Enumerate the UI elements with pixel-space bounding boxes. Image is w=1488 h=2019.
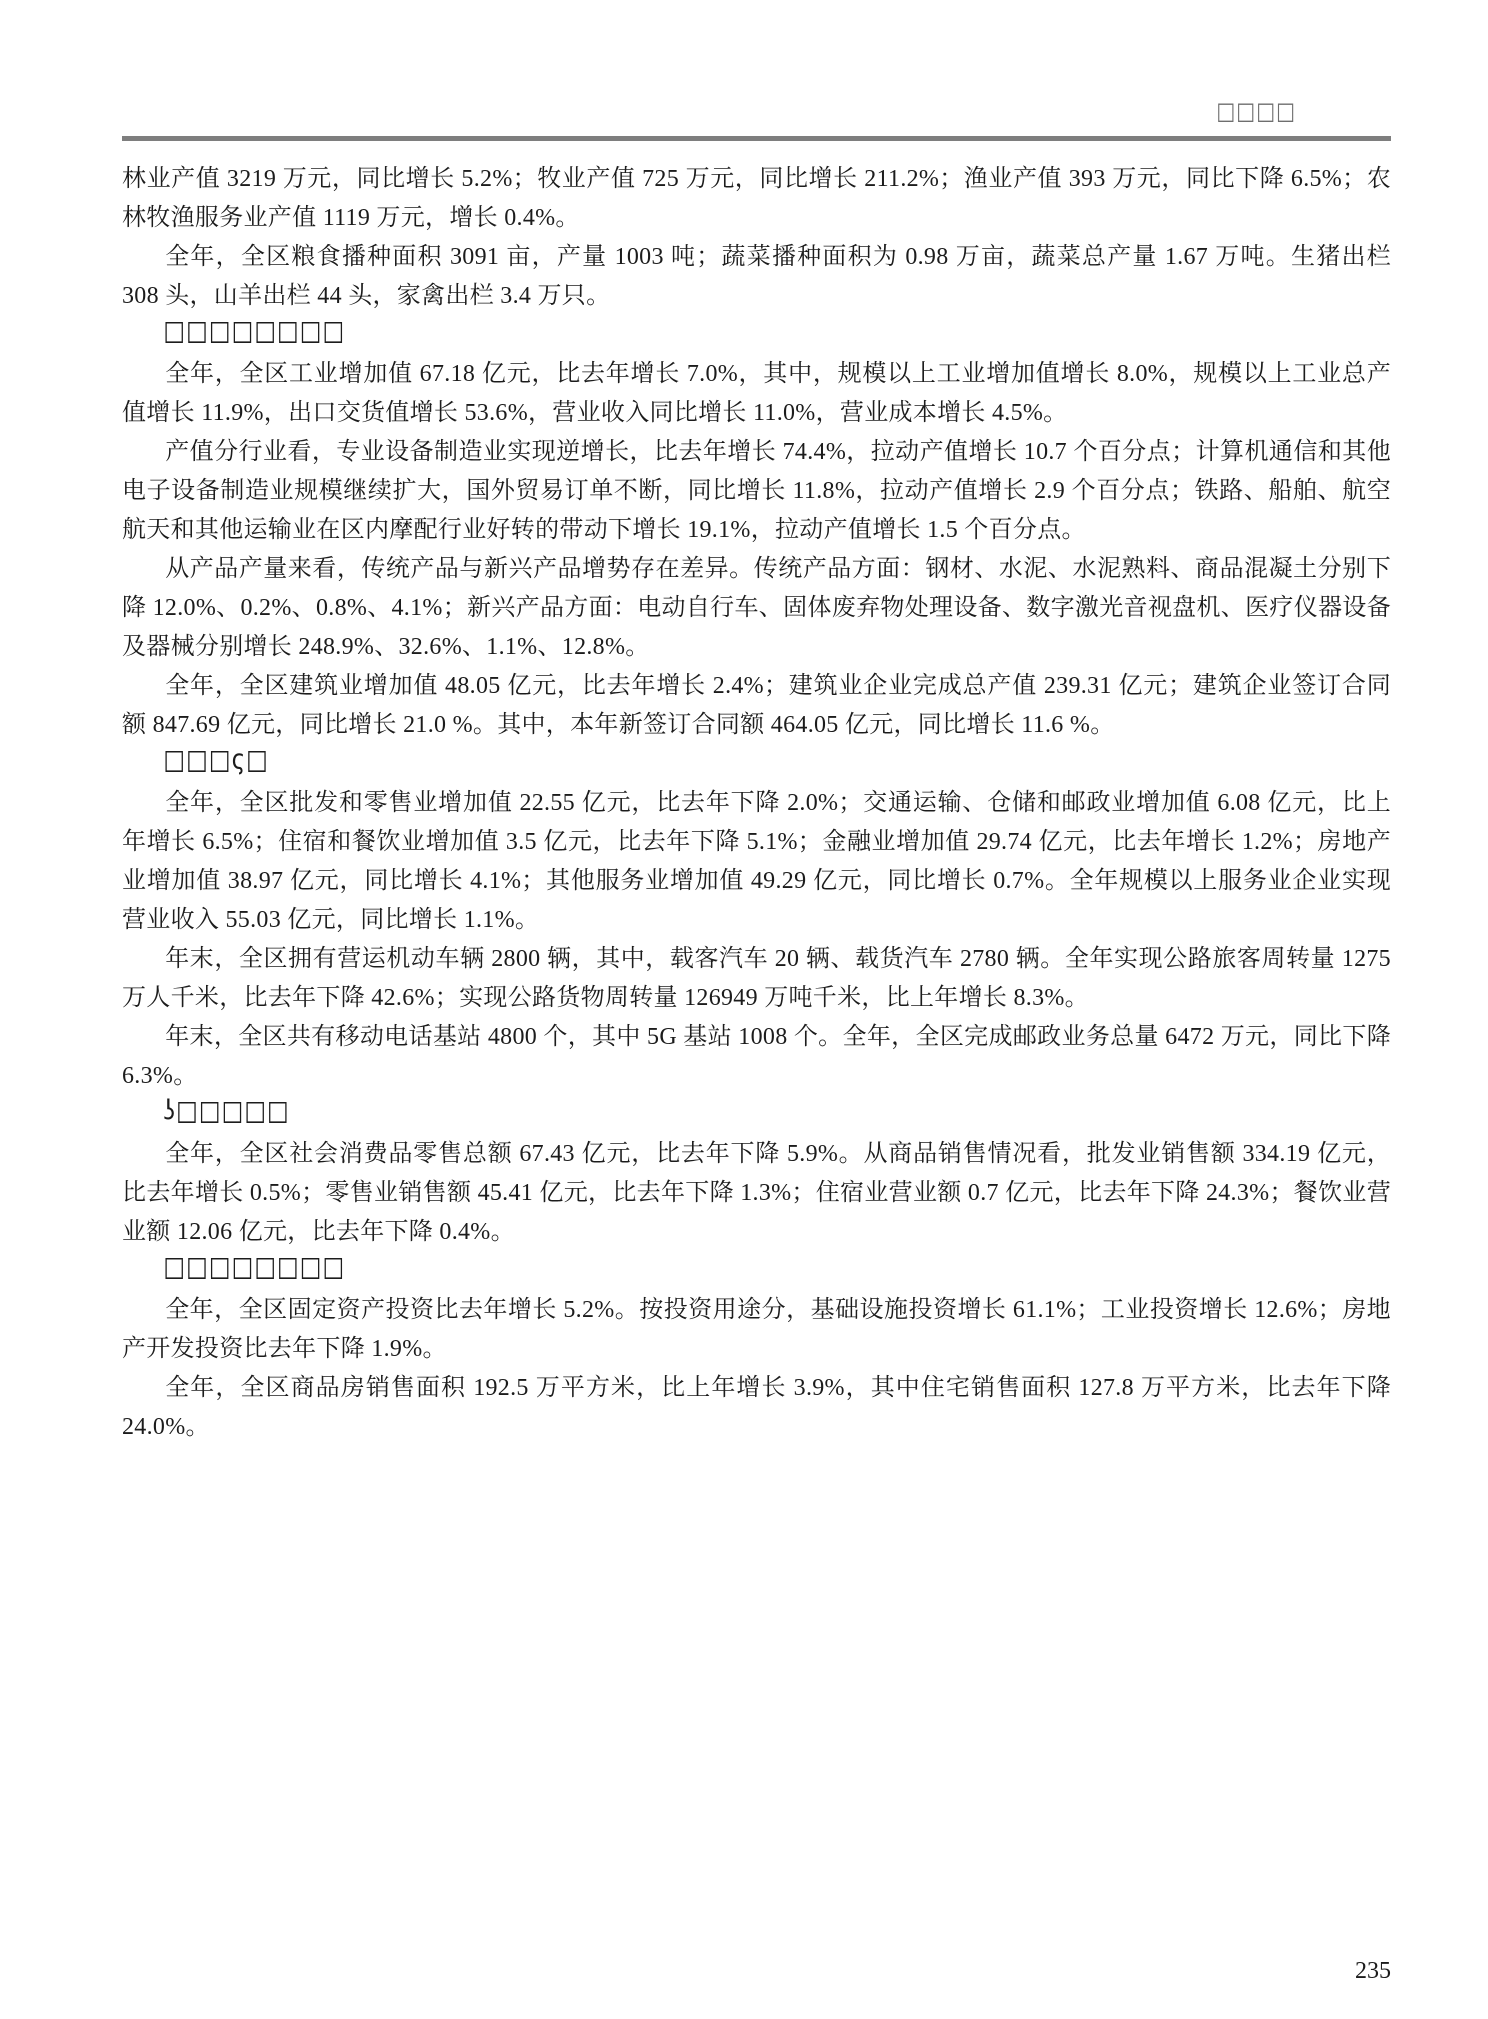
paragraph: 从产品产量来看，传统产品与新兴产品增势存在差异。传统产品方面：钢材、水泥、水泥熟… <box>122 550 1391 667</box>
section-heading: □□□□□□□□ <box>122 309 1391 355</box>
paragraph: 全年，全区建筑业增加值 48.05 亿元，比去年增长 2.4%；建筑业企业完成总… <box>122 667 1391 745</box>
paragraph: 全年，全区批发和零售业增加值 22.55 亿元，比去年下降 2.0%；交通运输、… <box>122 784 1391 940</box>
paragraph: 全年，全区工业增加值 67.18 亿元，比去年增长 7.0%，其中，规模以上工业… <box>122 355 1391 433</box>
paragraph: 全年，全区商品房销售面积 192.5 万平方米，比上年增长 3.9%，其中住宅销… <box>122 1369 1391 1447</box>
section-heading: ʖ□□□□□ <box>122 1089 1391 1135</box>
paragraph: 年末，全区共有移动电话基站 4800 个，其中 5G 基站 1008 个。全年，… <box>122 1018 1391 1096</box>
header-rule <box>122 136 1391 141</box>
paragraph: 全年，全区粮食播种面积 3091 亩，产量 1003 吨；蔬菜播种面积为 0.9… <box>122 238 1391 316</box>
page-header: □□□□ <box>122 0 1391 145</box>
paragraph: 林业产值 3219 万元，同比增长 5.2%；牧业产值 725 万元，同比增长 … <box>122 160 1391 238</box>
section-heading: □□□ς□ <box>122 738 1391 784</box>
document-body: 林业产值 3219 万元，同比增长 5.2%；牧业产值 725 万元，同比增长 … <box>122 160 1391 1447</box>
header-title-boxes: □□□□ <box>1216 96 1296 125</box>
document-page: □□□□ 林业产值 3219 万元，同比增长 5.2%；牧业产值 725 万元，… <box>0 0 1488 2019</box>
paragraph: 全年，全区固定资产投资比去年增长 5.2%。按投资用途分，基础设施投资增长 61… <box>122 1291 1391 1369</box>
section-heading: □□□□□□□□ <box>122 1245 1391 1291</box>
page-number: 235 <box>1355 1958 1391 1985</box>
paragraph: 产值分行业看，专业设备制造业实现逆增长，比去年增长 74.4%，拉动产值增长 1… <box>122 433 1391 550</box>
paragraph: 全年，全区社会消费品零售总额 67.43 亿元，比去年下降 5.9%。从商品销售… <box>122 1135 1391 1252</box>
paragraph: 年末，全区拥有营运机动车辆 2800 辆，其中，载客汽车 20 辆、载货汽车 2… <box>122 940 1391 1018</box>
